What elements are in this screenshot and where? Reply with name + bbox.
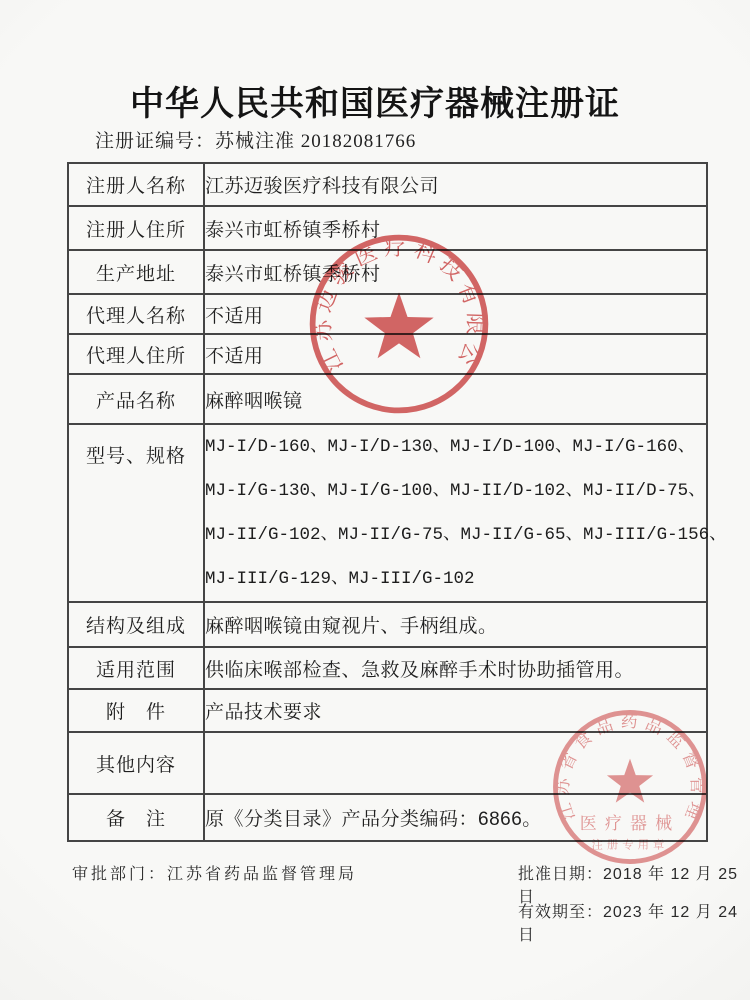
row-value: 泰兴市虹桥镇季桥村 bbox=[204, 206, 707, 250]
row-label: 注册人名称 bbox=[68, 163, 204, 206]
row-value: 供临床喉部检查、急救及麻醉手术时协助插管用。 bbox=[204, 647, 707, 689]
certificate-table: 注册人名称 江苏迈骏医疗科技有限公司 注册人住所 泰兴市虹桥镇季桥村 生产地址 … bbox=[67, 162, 708, 842]
row-label: 结构及组成 bbox=[68, 602, 204, 647]
row-value: 原《分类目录》产品分类编码：6866。 bbox=[204, 794, 707, 841]
row-value: 不适用 bbox=[204, 294, 707, 334]
row-value: 麻醉咽喉镜 bbox=[204, 374, 707, 424]
row-remark: 备 注 原《分类目录》产品分类编码：6866。 bbox=[68, 794, 707, 841]
model-spec-line: MJ-III/G-129、MJ-III/G-102 bbox=[205, 557, 706, 601]
row-value: 江苏迈骏医疗科技有限公司 bbox=[204, 163, 707, 206]
row-registrant-name: 注册人名称 江苏迈骏医疗科技有限公司 bbox=[68, 163, 707, 206]
registration-number-label: 注册证编号： bbox=[95, 131, 215, 152]
row-value: 不适用 bbox=[204, 334, 707, 374]
row-scope: 适用范围 供临床喉部检查、急救及麻醉手术时协助插管用。 bbox=[68, 647, 707, 689]
row-label: 适用范围 bbox=[68, 647, 204, 689]
row-product-name: 产品名称 麻醉咽喉镜 bbox=[68, 374, 707, 424]
approval-date-label: 批准日期： bbox=[518, 866, 603, 883]
certificate-page: 中华人民共和国医疗器械注册证 注册证编号：苏械注准 20182081766 注册… bbox=[0, 0, 750, 1000]
valid-until-label: 有效期至： bbox=[518, 904, 603, 921]
row-label: 备 注 bbox=[68, 794, 204, 841]
row-label: 代理人住所 bbox=[68, 334, 204, 374]
model-spec-line: MJ-I/G-130、MJ-I/G-100、MJ-II/D-102、MJ-II/… bbox=[205, 469, 706, 513]
approval-department-line: 审批部门：江苏省药品监督管理局 bbox=[72, 861, 357, 884]
registration-number-value: 苏械注准 20182081766 bbox=[215, 131, 416, 152]
row-label: 代理人名称 bbox=[68, 294, 204, 334]
row-label: 产品名称 bbox=[68, 374, 204, 424]
certificate-title: 中华人民共和国医疗器械注册证 bbox=[0, 76, 750, 125]
row-registrant-address: 注册人住所 泰兴市虹桥镇季桥村 bbox=[68, 206, 707, 250]
model-spec-line: MJ-II/G-102、MJ-II/G-75、MJ-II/G-65、MJ-III… bbox=[205, 513, 706, 557]
row-label: 附 件 bbox=[68, 689, 204, 732]
row-structure: 结构及组成 麻醉咽喉镜由窥视片、手柄组成。 bbox=[68, 602, 707, 647]
row-value: 产品技术要求 bbox=[204, 689, 707, 732]
model-spec-line: MJ-I/D-160、MJ-I/D-130、MJ-I/D-100、MJ-I/G-… bbox=[205, 425, 706, 469]
row-production-address: 生产地址 泰兴市虹桥镇季桥村 bbox=[68, 250, 707, 294]
registration-number-line: 注册证编号：苏械注准 20182081766 bbox=[95, 126, 416, 153]
row-label: 其他内容 bbox=[68, 732, 204, 794]
row-model-spec: 型号、规格 MJ-I/D-160、MJ-I/D-130、MJ-I/D-100、M… bbox=[68, 424, 707, 602]
row-label: 生产地址 bbox=[68, 250, 204, 294]
row-label: 型号、规格 bbox=[68, 424, 204, 602]
row-value bbox=[204, 732, 707, 794]
valid-until-line: 有效期至：2023 年 12 月 24 日 bbox=[518, 899, 750, 945]
row-value: 泰兴市虹桥镇季桥村 bbox=[204, 250, 707, 294]
row-value: 麻醉咽喉镜由窥视片、手柄组成。 bbox=[204, 602, 707, 647]
row-other-content: 其他内容 bbox=[68, 732, 707, 794]
row-attachment: 附 件 产品技术要求 bbox=[68, 689, 707, 732]
approval-department-value: 江苏省药品监督管理局 bbox=[167, 866, 357, 883]
row-agent-address: 代理人住所 不适用 bbox=[68, 334, 707, 374]
row-agent-name: 代理人名称 不适用 bbox=[68, 294, 707, 334]
row-label: 注册人住所 bbox=[68, 206, 204, 250]
row-value: MJ-I/D-160、MJ-I/D-130、MJ-I/D-100、MJ-I/G-… bbox=[204, 424, 707, 602]
approval-department-label: 审批部门： bbox=[72, 866, 167, 883]
